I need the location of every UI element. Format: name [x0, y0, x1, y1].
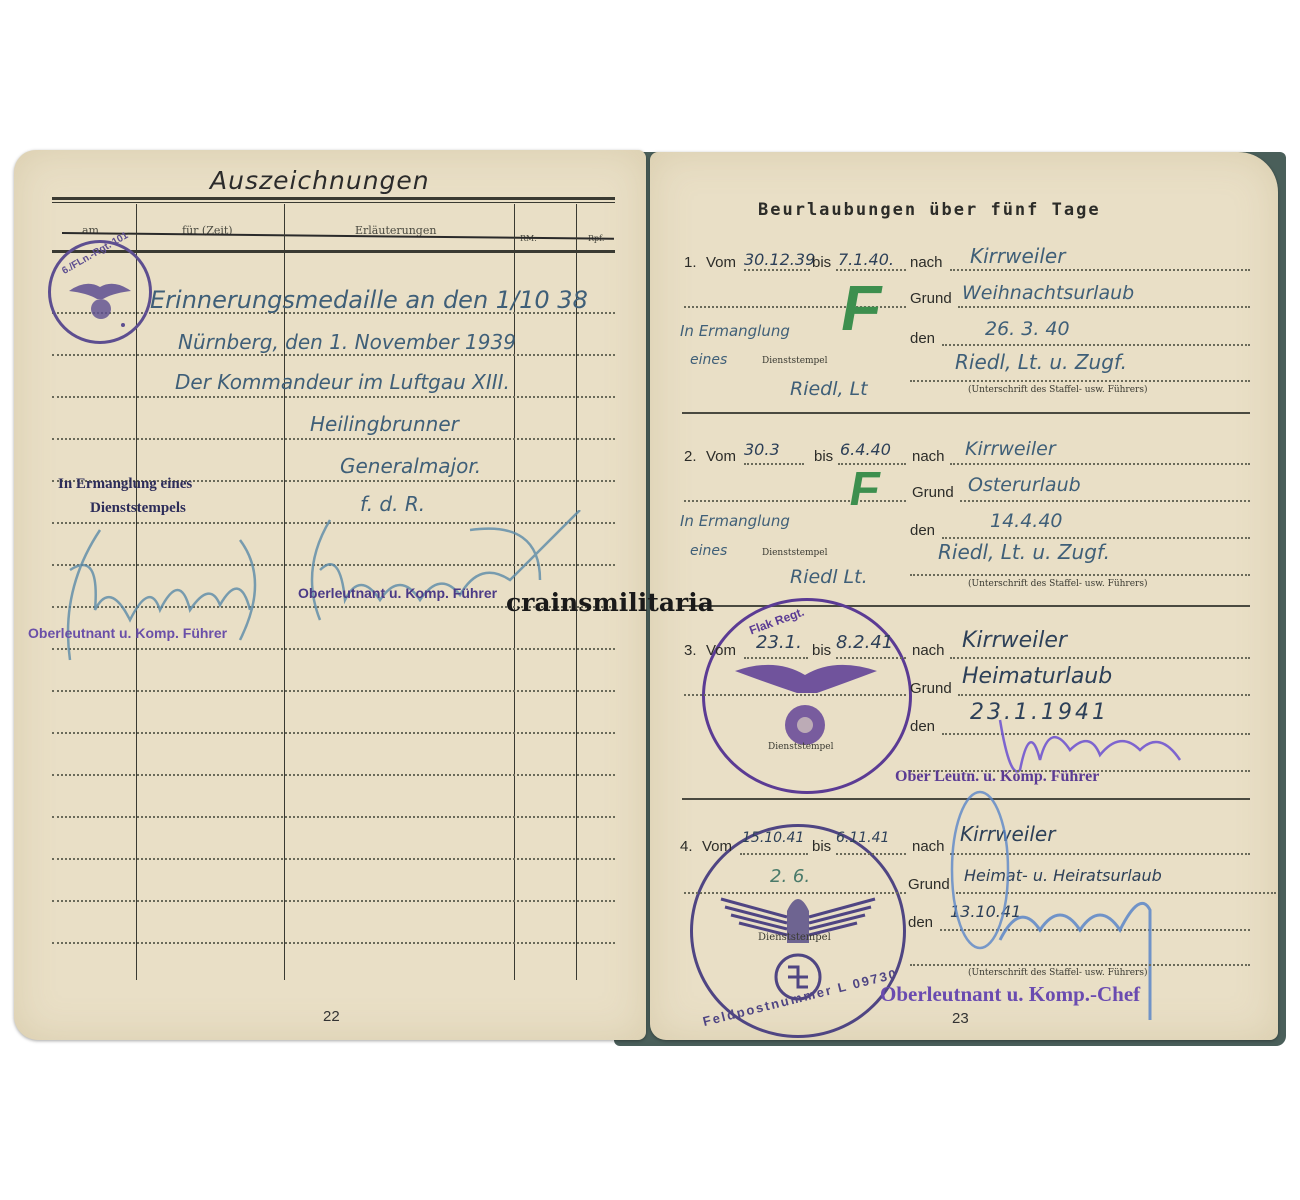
label-nach: nach	[910, 254, 943, 271]
ruled-line	[910, 380, 1250, 382]
stamp-annotation: 2. 6.	[770, 866, 810, 887]
entry-divider	[682, 412, 1250, 414]
label-vom: Vom	[706, 254, 736, 271]
ruled-line	[958, 694, 1250, 696]
label-den: den	[910, 330, 935, 347]
col-header-date: am	[82, 224, 99, 237]
label-grund: Grund	[912, 484, 954, 501]
entry-number: 2.	[684, 448, 697, 465]
feldpost-round-stamp	[690, 824, 906, 1038]
ruled-line	[52, 690, 615, 692]
margin-note: eines	[690, 352, 727, 368]
ruled-line	[942, 537, 1250, 539]
ruled-line	[960, 500, 1250, 502]
officer-signature: Riedl, Lt. u. Zugf.	[938, 540, 1110, 564]
label-dienststempel: Dienststempel	[758, 932, 831, 943]
award-entry-line: Erinnerungsmedaille an den 1/10 38	[150, 286, 588, 314]
leave-reason: Osterurlaub	[968, 474, 1081, 496]
leave-destination: Kirrweiler	[970, 244, 1065, 268]
eagle-emblem-icon	[705, 601, 909, 791]
leave-reason: Weihnachtsurlaub	[962, 282, 1134, 304]
margin-note: In Ermanglung	[680, 512, 790, 530]
leave-reason: Heimaturlaub	[962, 664, 1112, 689]
ruled-line	[836, 853, 906, 855]
ruled-line	[744, 269, 810, 271]
no-stamp-line-1: In Ermanglung eines	[58, 476, 192, 493]
regiment-round-stamp	[702, 598, 912, 794]
rank-stamp: Oberleutnant u. Komp. Führer	[28, 625, 227, 641]
page-title-awards: Auszeichnungen	[210, 166, 430, 195]
ruled-line	[52, 732, 615, 734]
leave-from-date: 15.10.41	[742, 830, 804, 846]
leave-from-date: 30.3	[744, 440, 780, 459]
label-nach: nach	[912, 448, 945, 465]
label-dienststempel: Dienststempel	[762, 548, 828, 558]
signature-caption: (Unterschrift des Staffel- usw. Führers)	[968, 579, 1147, 589]
leave-from-date: 30.12.39	[744, 250, 815, 269]
ruled-line	[684, 694, 906, 696]
page-number: 22	[323, 1008, 340, 1025]
rank-stamp: Ober Leutn. u. Komp. Führer	[895, 768, 1099, 786]
label-dienststempel: Dienststempel	[762, 356, 828, 366]
ruled-line	[958, 306, 1250, 308]
award-entry-line: Heilingbrunner	[310, 412, 459, 436]
entry-number: 4.	[680, 838, 693, 855]
leave-to-date: 7.1.40.	[838, 250, 894, 269]
ruled-line	[950, 463, 1250, 465]
label-grund: Grund	[910, 680, 952, 697]
leave-from-date: 23.1.	[756, 632, 802, 653]
label-den: den	[910, 718, 935, 735]
ruled-line	[950, 269, 1250, 271]
ruled-line	[52, 438, 615, 440]
rank-stamp: Oberleutnant u. Komp.-Chef	[880, 982, 1140, 1007]
watermark: crainsmilitaria	[506, 588, 714, 617]
no-stamp-line-2: Dienststempels	[90, 500, 186, 517]
rank-stamp: Oberleutnant u. Komp. Führer	[298, 585, 497, 601]
entry-number: 3.	[684, 642, 697, 659]
ruled-line	[950, 657, 1250, 659]
award-entry-line: Der Kommandeur im Luftgau XIII.	[175, 370, 510, 394]
label-grund: Grund	[910, 290, 952, 307]
leave-to-date: 8.2.41	[836, 632, 893, 653]
issue-date: 26. 3. 40	[985, 318, 1070, 340]
officer-signature: Riedl, Lt. u. Zugf.	[955, 350, 1127, 374]
ruled-line	[740, 853, 808, 855]
label-dienststempel: Dienststempel	[768, 742, 834, 752]
label-den: den	[910, 522, 935, 539]
ruled-line	[52, 858, 615, 860]
ruled-line	[684, 892, 906, 894]
leave-to-date: 6.11.41	[836, 830, 889, 846]
leave-to-date: 6.4.40	[840, 440, 891, 459]
ruled-line	[910, 964, 1250, 966]
margin-note: In Ermanglung	[680, 322, 790, 340]
page-number: 23	[952, 1010, 969, 1027]
margin-signature: Riedl, Lt	[790, 378, 868, 400]
label-bis: bis	[812, 838, 831, 855]
signature-caption: (Unterschrift des Staffel- usw. Führers)	[968, 385, 1147, 395]
page-title-leave: Beurlaubungen über fünf Tage	[758, 200, 1101, 220]
margin-signature: Riedl Lt.	[790, 566, 868, 588]
label-vom: Vom	[706, 642, 736, 659]
issue-date: 14.4.40	[990, 510, 1063, 532]
label-vom: Vom	[706, 448, 736, 465]
ruled-line	[52, 396, 615, 398]
eagle-emblem-icon	[51, 243, 149, 341]
label-den: den	[908, 914, 933, 931]
title-rule-thin	[52, 202, 615, 203]
award-entry-line: Generalmajor.	[340, 454, 481, 478]
label-nach: nach	[912, 642, 945, 659]
label-vom: Vom	[702, 838, 732, 855]
ruled-line	[910, 574, 1250, 576]
ruled-line	[52, 816, 615, 818]
ruled-line	[52, 900, 615, 902]
ruled-line	[744, 657, 808, 659]
ruled-line	[52, 942, 615, 944]
signature-caption: (Unterschrift des Staffel- usw. Führers)	[968, 968, 1147, 978]
label-bis: bis	[812, 642, 831, 659]
margin-note: eines	[690, 543, 727, 559]
leave-destination: Kirrweiler	[965, 438, 1056, 460]
label-bis: bis	[814, 448, 833, 465]
ruled-line	[52, 354, 615, 356]
ruled-line	[52, 774, 615, 776]
entry-number: 1.	[684, 254, 697, 271]
ruled-line	[836, 657, 906, 659]
leave-destination: Kirrweiler	[962, 628, 1067, 653]
ruled-line	[836, 269, 906, 271]
title-rule	[52, 197, 615, 200]
ruled-line	[942, 344, 1250, 346]
ruled-line	[744, 463, 804, 465]
award-entry-line: Nürnberg, den 1. November 1939	[178, 330, 516, 354]
label-bis: bis	[812, 254, 831, 271]
